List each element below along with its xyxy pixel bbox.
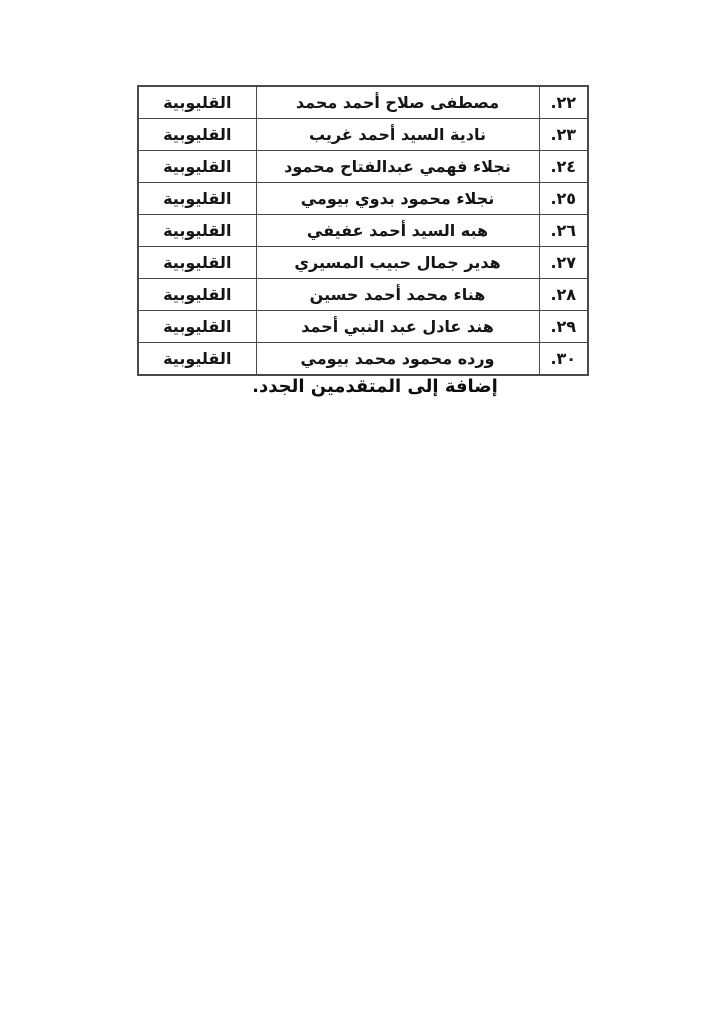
row-number-cell: ٢٨.: [539, 279, 588, 311]
applicant-name-cell: مصطفى صلاح أحمد محمد: [256, 86, 539, 119]
document-page: ٢٢.مصطفى صلاح أحمد محمدالقليوبية٢٣.نادية…: [0, 0, 720, 1018]
row-number-cell: ٢٥.: [539, 183, 588, 215]
applicants-table-body: ٢٢.مصطفى صلاح أحمد محمدالقليوبية٢٣.نادية…: [138, 86, 588, 375]
table-row: ٣٠.ورده محمود محمد بيوميالقليوبية: [138, 343, 588, 376]
applicant-name-cell: نجلاء محمود بدوي بيومي: [256, 183, 539, 215]
governorate-cell: القليوبية: [138, 151, 256, 183]
governorate-cell: القليوبية: [138, 119, 256, 151]
row-number-cell: ٢٤.: [539, 151, 588, 183]
row-number-cell: ٢٧.: [539, 247, 588, 279]
applicant-name-cell: هدير جمال حبيب المسيري: [256, 247, 539, 279]
governorate-cell: القليوبية: [138, 343, 256, 376]
governorate-cell: القليوبية: [138, 183, 256, 215]
footer-note: إضافة إلى المتقدمين الجدد.: [150, 376, 600, 397]
applicant-name-cell: هبه السيد أحمد عفيفي: [256, 215, 539, 247]
table-row: ٢٤.نجلاء فهمي عبدالفتاح محمودالقليوبية: [138, 151, 588, 183]
table-row: ٢٣.نادية السيد أحمد غريبالقليوبية: [138, 119, 588, 151]
table-row: ٢٢.مصطفى صلاح أحمد محمدالقليوبية: [138, 86, 588, 119]
table-row: ٢٦.هبه السيد أحمد عفيفيالقليوبية: [138, 215, 588, 247]
governorate-cell: القليوبية: [138, 279, 256, 311]
table-row: ٢٧.هدير جمال حبيب المسيريالقليوبية: [138, 247, 588, 279]
governorate-cell: القليوبية: [138, 311, 256, 343]
applicant-name-cell: هند عادل عبد النبي أحمد: [256, 311, 539, 343]
applicant-name-cell: ورده محمود محمد بيومي: [256, 343, 539, 376]
applicant-name-cell: هناء محمد أحمد حسين: [256, 279, 539, 311]
row-number-cell: ٢٦.: [539, 215, 588, 247]
governorate-cell: القليوبية: [138, 215, 256, 247]
row-number-cell: ٢٩.: [539, 311, 588, 343]
governorate-cell: القليوبية: [138, 86, 256, 119]
applicants-table: ٢٢.مصطفى صلاح أحمد محمدالقليوبية٢٣.نادية…: [137, 85, 589, 376]
table-row: ٢٥.نجلاء محمود بدوي بيوميالقليوبية: [138, 183, 588, 215]
governorate-cell: القليوبية: [138, 247, 256, 279]
applicant-name-cell: نجلاء فهمي عبدالفتاح محمود: [256, 151, 539, 183]
row-number-cell: ٢٢.: [539, 86, 588, 119]
applicant-name-cell: نادية السيد أحمد غريب: [256, 119, 539, 151]
row-number-cell: ٣٠.: [539, 343, 588, 376]
table-row: ٢٨.هناء محمد أحمد حسينالقليوبية: [138, 279, 588, 311]
table-row: ٢٩.هند عادل عبد النبي أحمدالقليوبية: [138, 311, 588, 343]
row-number-cell: ٢٣.: [539, 119, 588, 151]
